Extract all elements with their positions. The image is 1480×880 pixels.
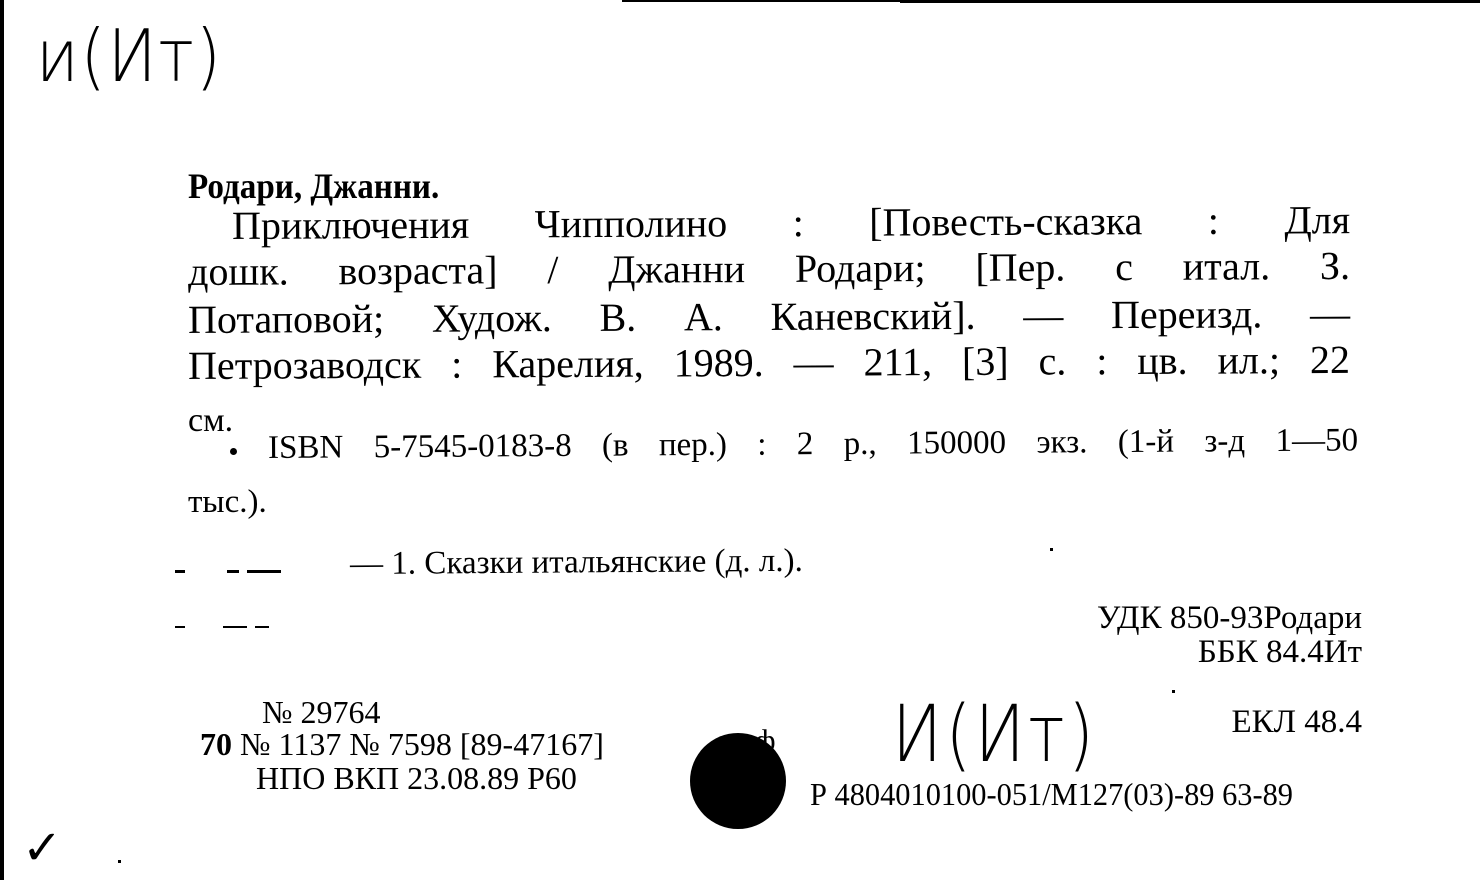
word: ил.; [1217, 340, 1280, 380]
word: : [793, 203, 804, 243]
word: 150000 [907, 427, 1006, 461]
npo-line: НПО ВКП 23.08.89 Р60 [256, 762, 577, 794]
word: Карелия, [492, 344, 644, 385]
description-line-5: см. [188, 404, 233, 438]
description-line-3: Потаповой;Худож.В.А.Каневский].—Переизд.… [188, 294, 1350, 340]
word: Для [1284, 200, 1350, 240]
handwritten-classification-top: и(Ит) [36, 14, 223, 98]
print-line-prefix: 70 [200, 726, 232, 762]
description-line-2: дошк.возраста]/ДжанниРодари;[Пер.ситал.З… [188, 246, 1350, 292]
word: 2 [797, 428, 814, 461]
word: дошк. [188, 251, 289, 292]
word: — [1310, 294, 1350, 334]
word: Каневский]. [770, 296, 975, 337]
print-line: 70 № 1137 № 7598 [89-47167] [200, 728, 604, 760]
word: цв. [1137, 341, 1188, 381]
word: Джанни [608, 249, 745, 290]
record-number: № 29764 [262, 696, 381, 728]
word: з-д [1204, 425, 1245, 458]
word: 1—50 [1275, 424, 1358, 458]
word: (в [602, 429, 629, 462]
description-line-4: Петрозаводск:Карелия,1989.—211,[3]с.:цв.… [188, 340, 1350, 386]
word: р., [844, 428, 877, 461]
scan-edge-top-right [900, 0, 1480, 3]
bullet-dot [230, 448, 237, 455]
word: Петрозаводск [188, 345, 421, 386]
speck [1050, 548, 1053, 551]
subject-heading: — 1. Сказки итальянские (д. л.). [350, 545, 803, 581]
word: — [793, 343, 833, 383]
description-line-1: ПриключенияЧипполино:[Повесть-сказка:Для [232, 200, 1350, 246]
word: экз. [1036, 426, 1087, 459]
faint-dashes [175, 626, 335, 630]
word: (1-й [1118, 426, 1174, 459]
checkmark-icon: ✓ [22, 820, 62, 876]
word: : [1208, 201, 1219, 241]
handwritten-classification-bottom: И(Ит) [892, 690, 1097, 780]
word: Родари; [795, 248, 926, 289]
isbn-line-continued: тыс.). [188, 486, 267, 519]
word: пер.) [659, 429, 727, 462]
word: Переизд. [1111, 294, 1262, 335]
word: 1989. [674, 343, 764, 383]
word: с. [1038, 341, 1066, 381]
word: [3] [962, 342, 1009, 382]
word: : [757, 429, 766, 462]
word: : [451, 345, 462, 385]
word: [Повесть-сказка [869, 201, 1142, 242]
word: 211, [863, 342, 932, 382]
word: 5-7545-0183-8 [374, 430, 572, 464]
word: Чипполино [535, 203, 728, 244]
word: Худож. [432, 298, 552, 339]
publisher-code: Р 4804010100-051/М127(03)-89 63-89 [810, 778, 1293, 810]
scan-edge-top [622, 0, 922, 2]
ekl-code: ЕКЛ 48.4 [1231, 706, 1362, 739]
word: [Пер. [975, 247, 1065, 287]
word: — [1023, 295, 1063, 335]
word: Потаповой; [188, 299, 384, 340]
speck [118, 860, 121, 863]
udk-code: УДК 850-93Родари [1097, 602, 1362, 635]
word: В. [599, 298, 636, 338]
word: А. [684, 297, 723, 337]
word: ISBN [268, 431, 343, 465]
punch-hole [690, 733, 786, 829]
author-heading: Родари, Джанни. [188, 168, 439, 204]
word: / [547, 250, 558, 290]
word: с [1115, 247, 1133, 287]
scan-edge-left [0, 0, 4, 880]
word: З. [1320, 246, 1350, 286]
speck [1172, 690, 1175, 693]
print-line-text: № 1137 № 7598 [89-47167] [240, 726, 604, 762]
isbn-line: ISBN5-7545-0183-8(впер.):2р.,150000экз.(… [268, 424, 1358, 465]
word: итал. [1183, 246, 1271, 286]
word: Приключения [232, 205, 469, 246]
word: возраста] [338, 250, 497, 291]
word: : [1096, 341, 1107, 381]
word: 22 [1310, 340, 1350, 380]
bbk-code: ББК 84.4Ит [1198, 636, 1362, 669]
subject-dashes [175, 570, 335, 574]
catalog-card: и(Ит) Родари, Джанни. ПриключенияЧипполи… [0, 0, 1480, 880]
